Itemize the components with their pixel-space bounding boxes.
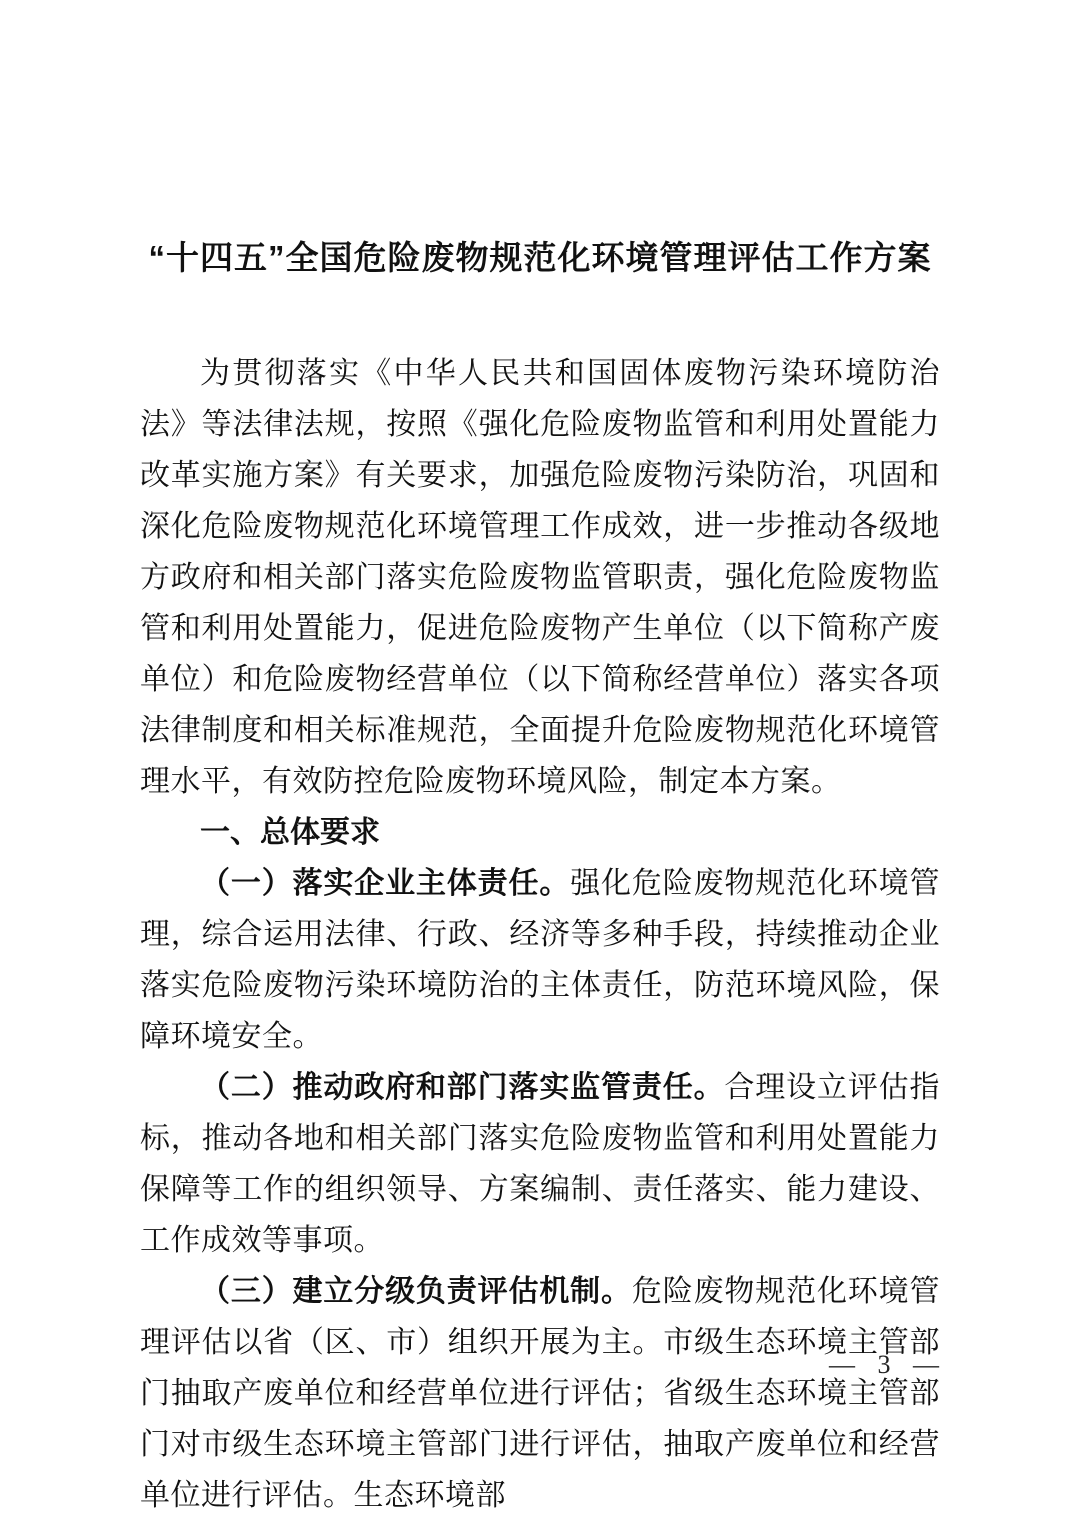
paragraph-lead: （三）建立分级负责评估机制。 [200,1275,632,1308]
paragraph-item-2: （二）推动政府和部门落实监管责任。合理设立评估指标，推动各地和相关部门落实危险废… [140,1062,940,1266]
document-page: “十四五”全国危险废物规范化环境管理评估工作方案 为贯彻落实《中华人民共和国固体… [0,0,1080,1527]
page-number: — 3 — [829,1348,940,1382]
paragraph-lead: （二）推动政府和部门落实监管责任。 [200,1071,724,1104]
paragraph-item-1: （一）落实企业主体责任。强化危险废物规范化环境管理，综合运用法律、行政、经济等多… [140,858,940,1062]
document-body: “十四五”全国危险废物规范化环境管理评估工作方案 为贯彻落实《中华人民共和国固体… [140,0,940,1521]
paragraph-text: 危险废物规范化环境管理评估以省（区、市）组织开展为主。市级生态环境主管部门抽取产… [140,1275,940,1512]
paragraph-item-3: （三）建立分级负责评估机制。危险废物规范化环境管理评估以省（区、市）组织开展为主… [140,1266,940,1521]
intro-paragraph: 为贯彻落实《中华人民共和国固体废物污染环境防治法》等法律法规，按照《强化危险废物… [140,348,940,807]
document-title: “十四五”全国危险废物规范化环境管理评估工作方案 [140,234,940,282]
paragraph-lead: （一）落实企业主体责任。 [200,867,570,900]
section-heading: 一、总体要求 [140,807,940,858]
